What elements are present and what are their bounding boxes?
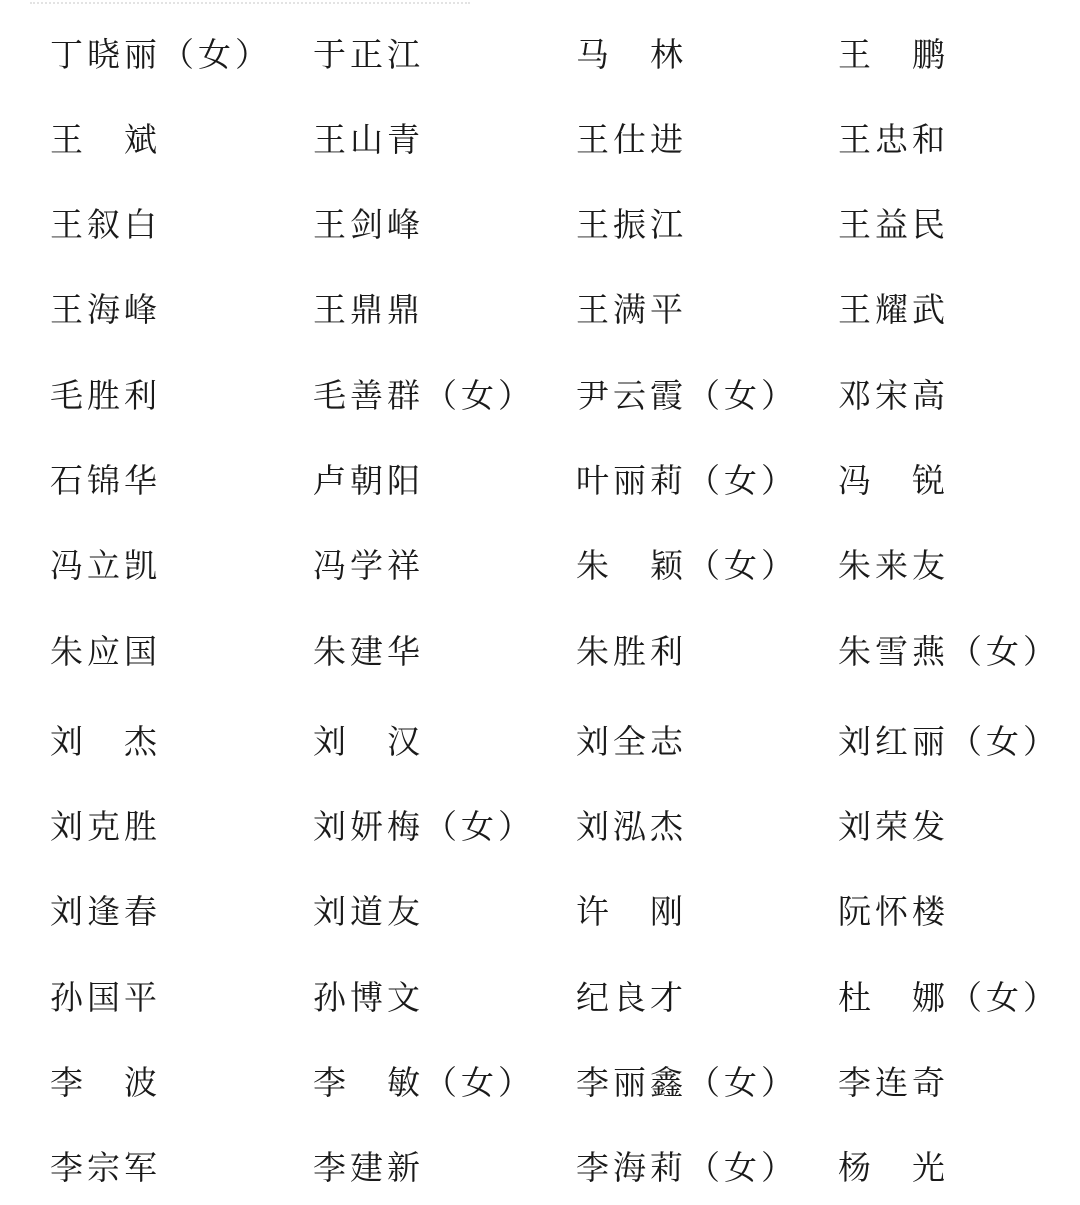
- name-row: 刘 杰 刘 汉 刘全志 刘红丽（女）: [0, 712, 1080, 772]
- name-entry: 卢朝阳: [313, 451, 424, 511]
- name-entry: 刘道友: [313, 882, 424, 942]
- name-entry: 冯 锐: [838, 451, 949, 511]
- name-entry: 王振江: [576, 195, 687, 255]
- name-entry: 朱 颖（女）: [576, 536, 798, 596]
- name-entry: 王鼎鼎: [313, 280, 424, 340]
- name-entry: 李丽鑫（女）: [576, 1053, 798, 1113]
- name-entry: 王仕进: [576, 110, 687, 170]
- name-row: 王海峰 王鼎鼎 王满平 王耀武: [0, 280, 1080, 340]
- name-entry: 纪良才: [576, 968, 687, 1028]
- name-entry: 李连奇: [838, 1053, 949, 1113]
- name-entry: 朱来友: [838, 536, 949, 596]
- name-entry: 孙博文: [313, 968, 424, 1028]
- name-entry: 朱应国: [50, 622, 161, 682]
- name-entry: 李建新: [313, 1138, 424, 1198]
- name-entry: 马 林: [576, 25, 687, 85]
- name-row: 丁晓丽（女） 于正江 马 林 王 鹏: [0, 25, 1080, 85]
- name-entry: 李 波: [50, 1053, 161, 1113]
- name-entry: 于正江: [313, 25, 424, 85]
- name-entry: 王叙白: [50, 195, 161, 255]
- name-row: 李宗军 李建新 李海莉（女） 杨 光: [0, 1138, 1080, 1198]
- name-entry: 刘全志: [576, 712, 687, 772]
- name-row: 刘逢春 刘道友 许 刚 阮怀楼: [0, 882, 1080, 942]
- name-row: 朱应国 朱建华 朱胜利 朱雪燕（女）: [0, 622, 1080, 682]
- name-entry: 许 刚: [576, 882, 687, 942]
- name-entry: 丁晓丽（女）: [50, 25, 272, 85]
- name-row: 孙国平 孙博文 纪良才 杜 娜（女）: [0, 968, 1080, 1028]
- name-entry: 尹云霞（女）: [576, 366, 798, 426]
- name-entry: 王忠和: [838, 110, 949, 170]
- name-entry: 冯立凯: [50, 536, 161, 596]
- name-entry: 刘荣发: [838, 797, 949, 857]
- name-entry: 王 斌: [50, 110, 161, 170]
- name-entry: 孙国平: [50, 968, 161, 1028]
- name-row: 毛胜利 毛善群（女） 尹云霞（女） 邓宋高: [0, 366, 1080, 426]
- name-entry: 毛善群（女）: [313, 366, 535, 426]
- name-entry: 王海峰: [50, 280, 161, 340]
- name-entry: 李 敏（女）: [313, 1053, 535, 1113]
- name-entry: 王山青: [313, 110, 424, 170]
- name-entry: 阮怀楼: [838, 882, 949, 942]
- name-entry: 杜 娜（女）: [838, 968, 1060, 1028]
- name-entry: 刘红丽（女）: [838, 712, 1060, 772]
- name-entry: 刘泓杰: [576, 797, 687, 857]
- name-entry: 朱建华: [313, 622, 424, 682]
- name-row: 王叙白 王剑峰 王振江 王益民: [0, 195, 1080, 255]
- name-row: 王 斌 王山青 王仕进 王忠和: [0, 110, 1080, 170]
- name-entry: 刘 杰: [50, 712, 161, 772]
- name-entry: 王益民: [838, 195, 949, 255]
- name-entry: 刘克胜: [50, 797, 161, 857]
- name-entry: 朱胜利: [576, 622, 687, 682]
- name-entry: 叶丽莉（女）: [576, 451, 798, 511]
- name-entry: 石锦华: [50, 451, 161, 511]
- name-entry: 王剑峰: [313, 195, 424, 255]
- name-entry: 王 鹏: [838, 25, 949, 85]
- name-entry: 刘 汉: [313, 712, 424, 772]
- name-entry: 杨 光: [838, 1138, 949, 1198]
- name-entry: 冯学祥: [313, 536, 424, 596]
- name-entry: 邓宋高: [838, 366, 949, 426]
- name-entry: 李宗军: [50, 1138, 161, 1198]
- name-entry: 朱雪燕（女）: [838, 622, 1060, 682]
- name-entry: 王耀武: [838, 280, 949, 340]
- name-row: 石锦华 卢朝阳 叶丽莉（女） 冯 锐: [0, 451, 1080, 511]
- name-entry: 刘妍梅（女）: [313, 797, 535, 857]
- name-row: 李 波 李 敏（女） 李丽鑫（女） 李连奇: [0, 1053, 1080, 1113]
- name-entry: 王满平: [576, 280, 687, 340]
- name-entry: 刘逢春: [50, 882, 161, 942]
- name-row: 冯立凯 冯学祥 朱 颖（女） 朱来友: [0, 536, 1080, 596]
- name-row: 刘克胜 刘妍梅（女） 刘泓杰 刘荣发: [0, 797, 1080, 857]
- name-entry: 李海莉（女）: [576, 1138, 798, 1198]
- name-entry: 毛胜利: [50, 366, 161, 426]
- cutoff-previous-line: [30, 0, 470, 4]
